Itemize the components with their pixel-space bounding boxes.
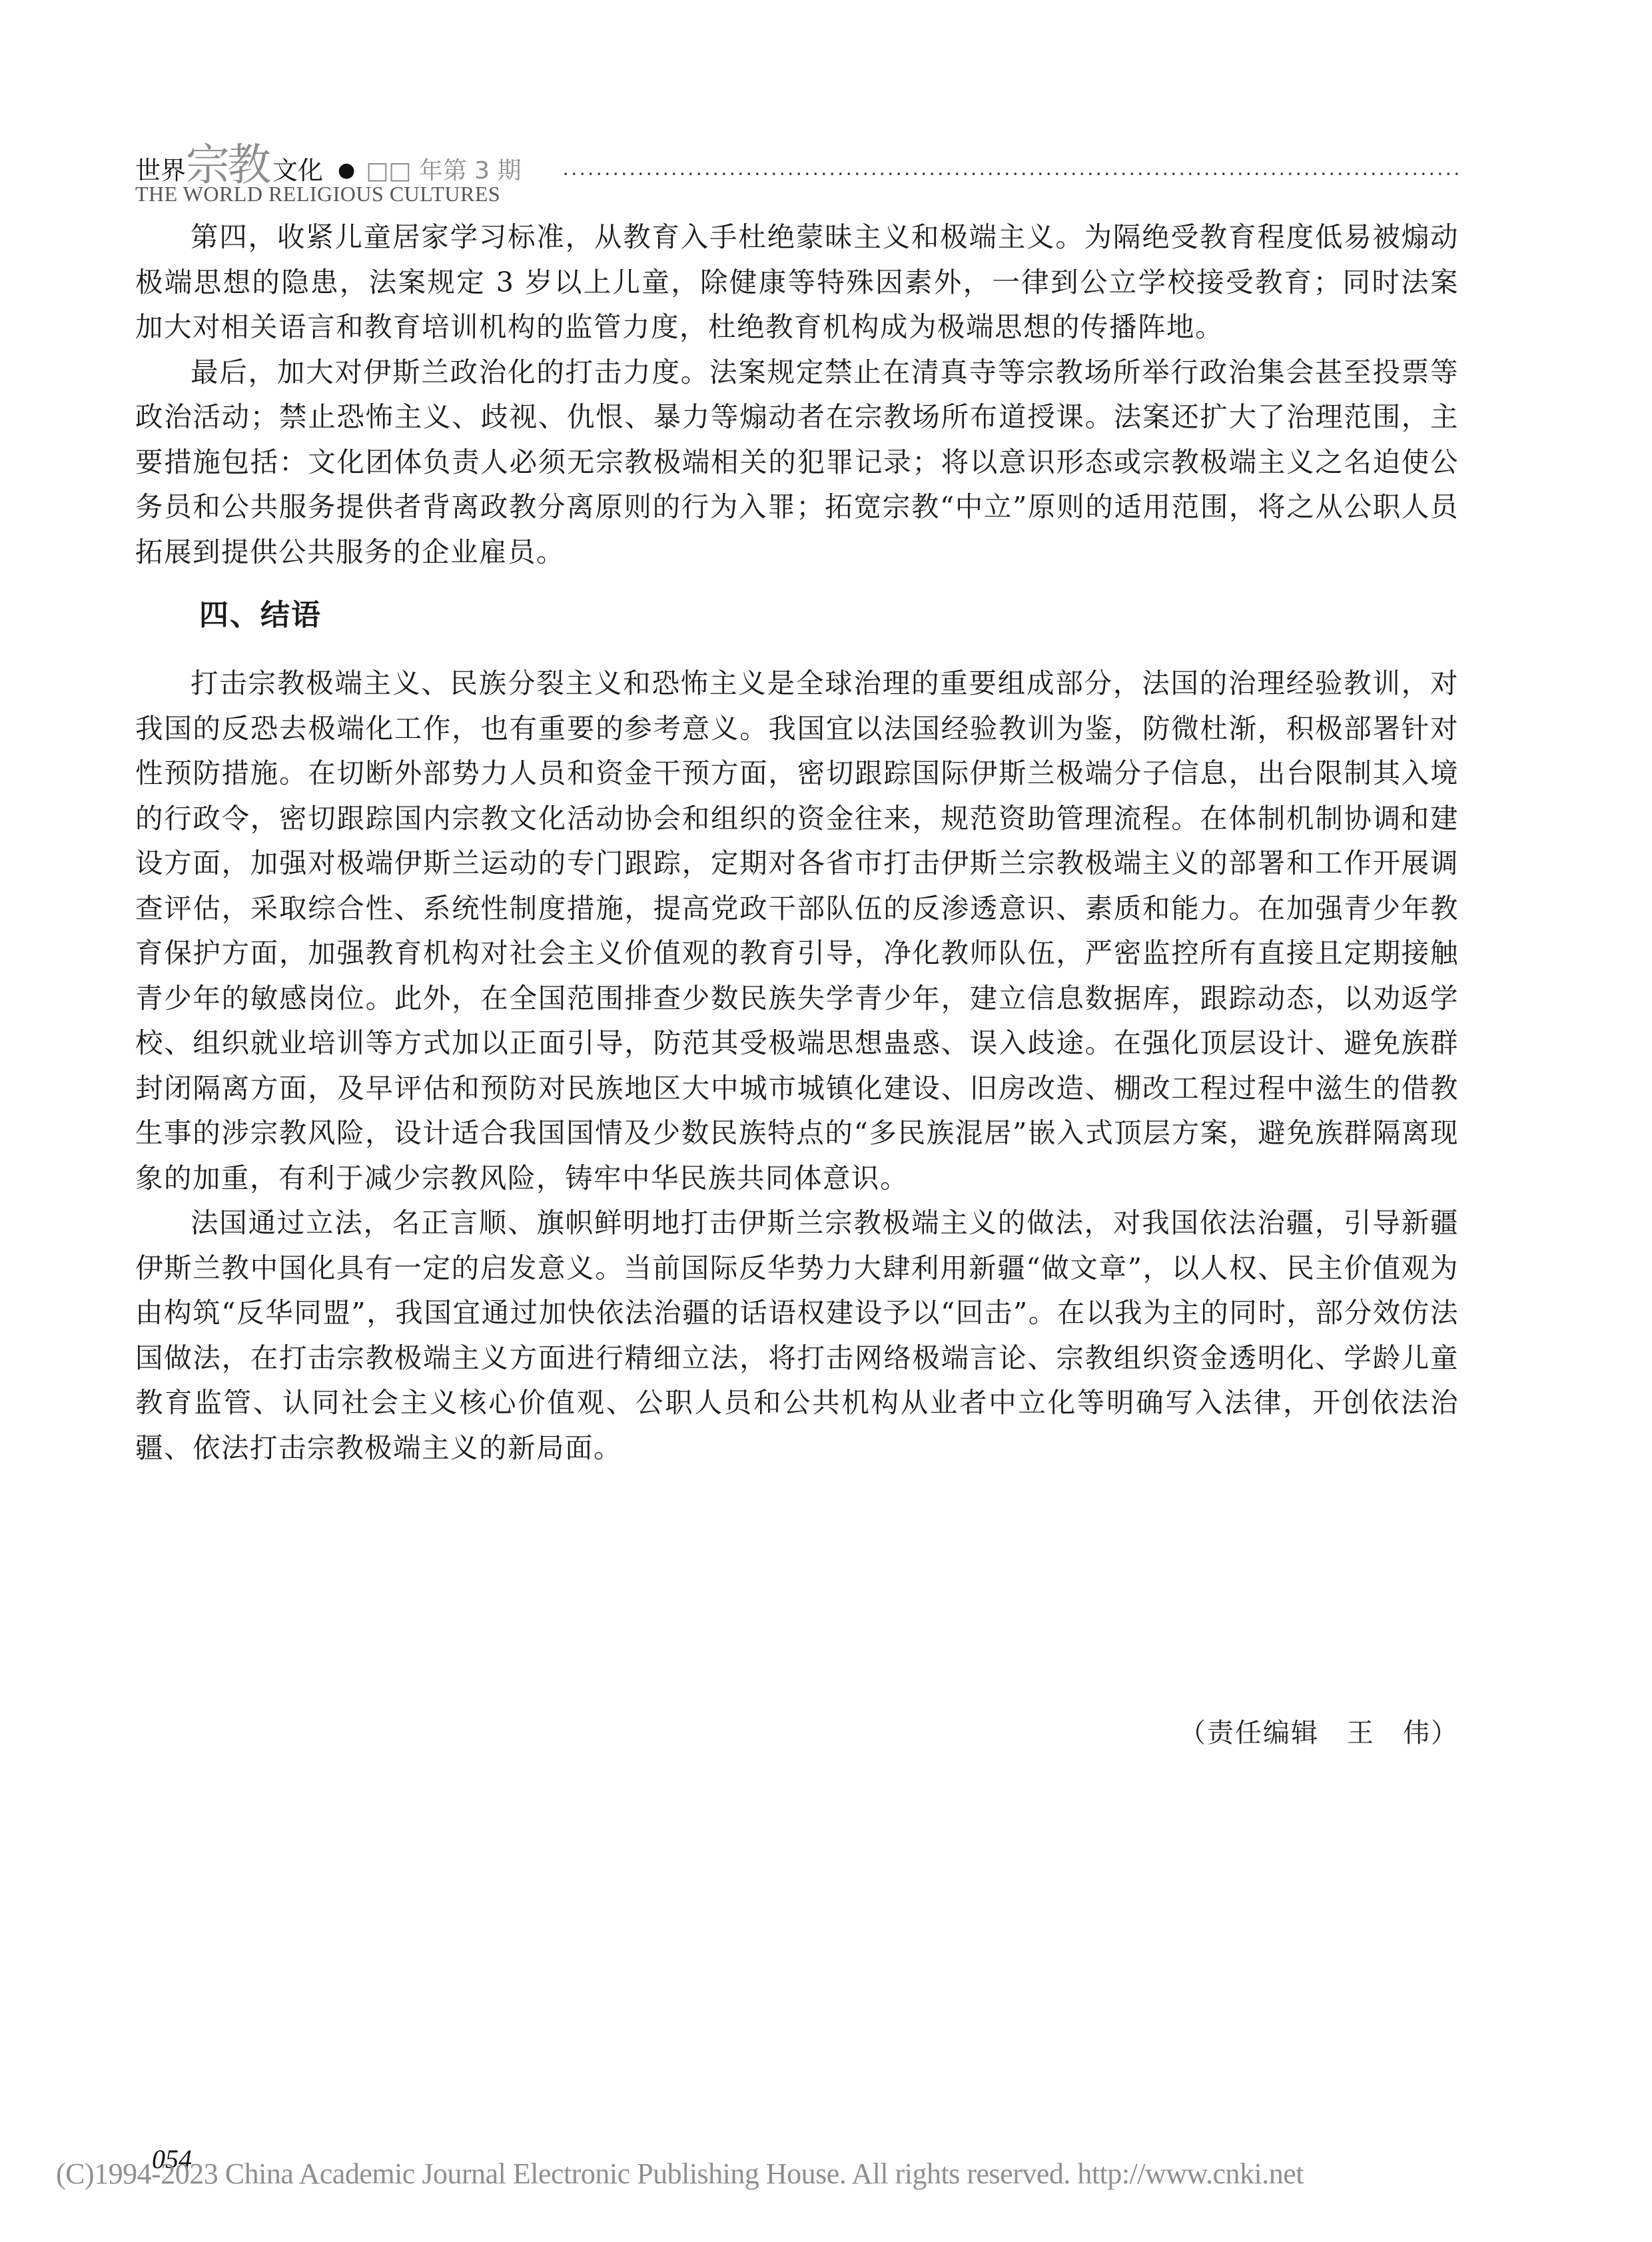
bullet-icon: ● [338, 161, 355, 181]
running-header: 世界 宗教 文化 ● □□ 年第 3 期 THE WORLD RELIGIOUS… [135, 137, 1461, 203]
paragraph: 法国通过立法，名正言顺、旗帜鲜明地打击伊斯兰宗教极端主义的做法，对我国依法治疆，… [135, 1200, 1459, 1470]
dotted-rule [562, 173, 1461, 175]
section-heading: 四、结语 [135, 595, 1459, 635]
journal-title-right: 文化 [272, 158, 323, 183]
issue-label: □□ 年第 3 期 [366, 159, 521, 183]
journal-title-emphasis: 宗教 [186, 143, 268, 187]
copyright-footer: (C)1994-2023 China Academic Journal Elec… [56, 2157, 1304, 2191]
journal-title: 世界 宗教 文化 ● □□ 年第 3 期 [135, 137, 521, 183]
article-body: 第四，收紧儿童居家学习标准，从教育入手杜绝蒙昧主义和极端主义。为隔绝受教育程度低… [135, 214, 1459, 1470]
responsible-editor-note: （责任编辑 王 伟） [1179, 1712, 1459, 1750]
journal-title-left: 世界 [135, 158, 186, 183]
journal-subtitle-en: THE WORLD RELIGIOUS CULTURES [135, 182, 500, 206]
paragraph: 最后，加大对伊斯兰政治化的打击力度。法案规定禁止在清真寺等宗教场所举行政治集会甚… [135, 350, 1459, 575]
paragraph: 打击宗教极端主义、民族分裂主义和恐怖主义是全球治理的重要组成部分，法国的治理经验… [135, 661, 1459, 1200]
paragraph: 第四，收紧儿童居家学习标准，从教育入手杜绝蒙昧主义和极端主义。为隔绝受教育程度低… [135, 214, 1459, 350]
